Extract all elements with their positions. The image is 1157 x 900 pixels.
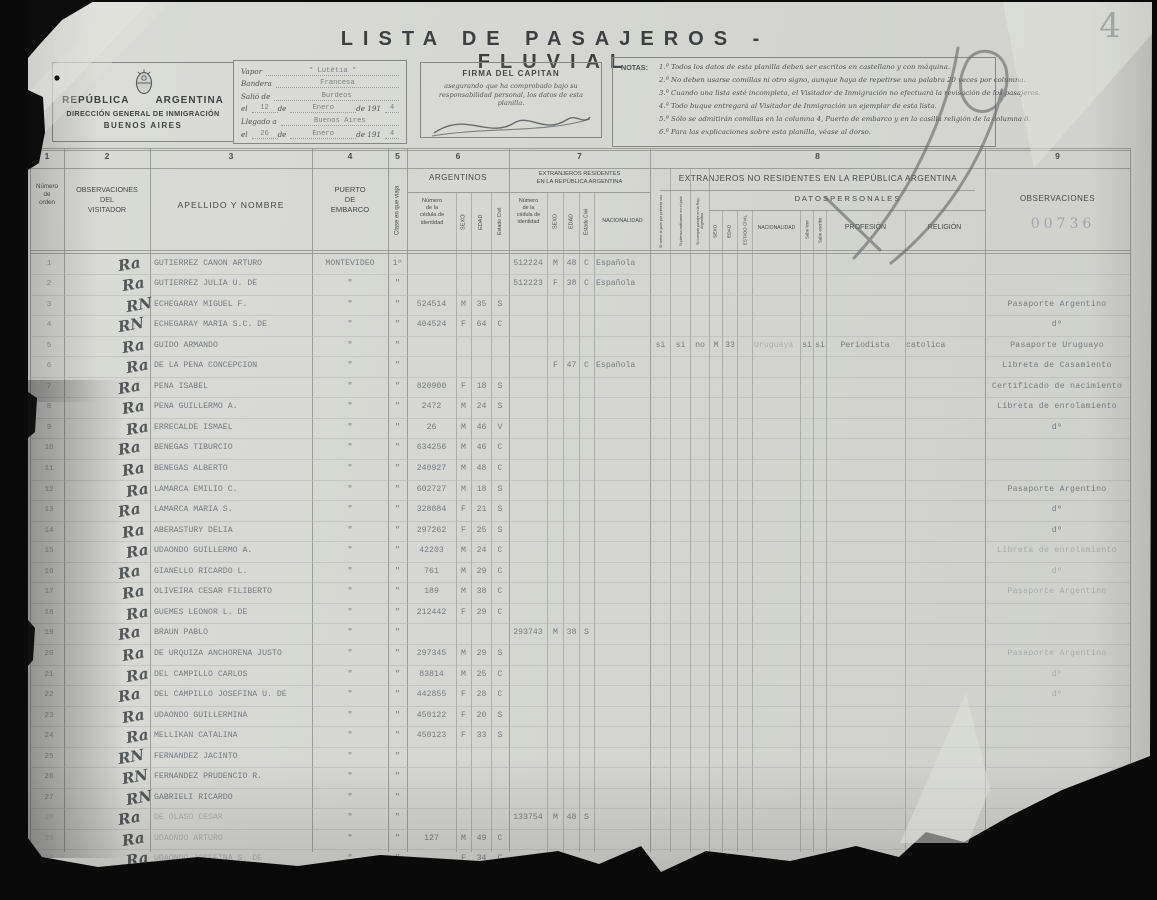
cell-puerto: ": [312, 438, 388, 458]
coat-of-arms-icon: [133, 69, 155, 95]
cell-ext2: 38: [564, 623, 579, 643]
cell-arg2: 18: [472, 480, 491, 500]
cell-arg1: F: [456, 685, 471, 705]
cell-arg2: 21: [472, 500, 491, 520]
cell-n: 7: [36, 377, 62, 397]
cell-obs: Libreta de Casamiento: [986, 356, 1128, 376]
cell-obs: Pasaporte Argentino: [986, 582, 1128, 602]
cell-clase: ": [388, 356, 407, 376]
vapor-value: " Lutétia ": [266, 67, 399, 76]
cell-arg1: F: [456, 500, 471, 520]
cell-arg0: 524514: [408, 295, 455, 315]
cell-obs: Pasaporte Argentino: [986, 480, 1128, 500]
cell-puerto: ": [312, 726, 388, 746]
de-label: de: [278, 130, 287, 139]
cell-arg1: M: [456, 829, 471, 849]
captain-signature: [426, 109, 596, 139]
column-number-3: 3: [150, 151, 312, 167]
cell-arg0: 602727: [408, 480, 455, 500]
vapor-label: Vapor: [241, 67, 262, 76]
cell-nr2: no: [691, 336, 709, 356]
cell-arg2: 64: [472, 315, 491, 335]
cell-nr3: M: [710, 336, 722, 356]
cell-puerto: ": [312, 829, 388, 849]
cell-arg3: C: [492, 849, 508, 869]
cell-arg2: 29: [472, 603, 491, 623]
grid-hline: [30, 150, 1130, 151]
cell-puerto: ": [312, 397, 388, 417]
cell-arg1: F: [456, 521, 471, 541]
cell-arg0: 2472: [408, 397, 455, 417]
cell-name: UDAONDO JOSEFINA S. DE: [154, 849, 314, 869]
header-argentinos: ARGENTINOS: [408, 173, 508, 182]
header-nr-estado-civil: ESTADO CIVIL: [738, 210, 752, 250]
cell-arg0: 127: [408, 829, 455, 849]
column-number-9: 9: [985, 151, 1130, 167]
cell-clase: ": [388, 377, 407, 397]
cell-obs: dº: [986, 685, 1128, 705]
cell-clase: ": [388, 582, 407, 602]
cell-nr6: Uruguaya: [754, 336, 800, 356]
cell-n: 20: [36, 644, 62, 664]
cell-n: 17: [36, 582, 62, 602]
cell-arg2: 28: [472, 685, 491, 705]
cell-arg0: 442855: [408, 685, 455, 705]
cell-arg2: 38: [472, 582, 491, 602]
table-row: 5RaGUIDO ARMANDO""sisinoM33UruguayasisiP…: [0, 336, 1157, 356]
org-direccion: DIRECCIÓN GENERAL DE INMIGRACIÓN: [53, 109, 233, 118]
cell-arg0: 450122: [408, 706, 455, 726]
cell-name: DE OLASO CESAR: [154, 808, 314, 828]
column-number-7: 7: [509, 151, 650, 167]
cell-ext3: S: [579, 623, 594, 643]
cell-arg0: 26: [408, 418, 455, 438]
cell-puerto: ": [312, 336, 388, 356]
cell-arg2: 24: [472, 541, 491, 561]
cell-ext3: S: [579, 808, 594, 828]
cell-arg3: C: [492, 315, 508, 335]
cell-arg1: F: [456, 849, 471, 869]
notes-label: NOTAS:: [621, 63, 648, 72]
cell-arg0: 450123: [408, 726, 455, 746]
cell-name: FERNANDEZ JACINTO: [154, 747, 314, 767]
cell-n: 15: [36, 541, 62, 561]
cell-arg3: S: [492, 397, 508, 417]
cell-arg2: 34: [472, 849, 491, 869]
cell-arg3: V: [492, 418, 508, 438]
header-res-cedula: Número de la cédula de identidad: [510, 198, 547, 226]
cell-clase: ": [388, 295, 407, 315]
cell-puerto: MONTEVIDEO: [312, 254, 388, 274]
cell-arg3: S: [492, 377, 508, 397]
cell-name: UDAONDO GUILLERMINA: [154, 706, 314, 726]
header-res-edad: EDAD: [564, 196, 579, 248]
passenger-list-sheet: LISTA DE PASAJEROS - FLUVIAL 4 REPÚBLICA…: [0, 0, 1157, 900]
salida-anio: 4: [385, 104, 399, 113]
table-row: 16RaGIANELLO RICARDO L.""761M29Cdº: [0, 562, 1157, 582]
note-item-2: 2.ª No deben usarse comillas ni otro sig…: [659, 74, 995, 87]
cell-puerto: ": [312, 356, 388, 376]
cell-name: GUTIERREZ JULIA U. DE: [154, 274, 314, 294]
note-item-5: 5.ª Sólo se admitirán comillas en la col…: [659, 113, 995, 126]
cell-arg3: C: [492, 438, 508, 458]
cell-puerto: ": [312, 500, 388, 520]
cell-puerto: ": [312, 644, 388, 664]
llegado-label: Llegado a: [241, 117, 277, 126]
cell-clase: ": [388, 397, 407, 417]
cell-n: 18: [36, 603, 62, 623]
cell-ext4: Española: [596, 274, 649, 294]
table-row: 13RaLAMARCA MARIA S.""328884F21Sdº: [0, 500, 1157, 520]
org-argentina: ARGENTINA: [155, 95, 223, 106]
note-item-6: 6.ª Para las explicaciones sobre esta pl…: [659, 126, 995, 139]
header-res-estado-civil: Estado Civil: [579, 194, 594, 249]
header-nr-religion: RELIGIÓN: [905, 224, 984, 231]
cell-name: BENEGAS TIBURCIO: [154, 438, 314, 458]
cell-name: DEL CAMPILLO CARLOS: [154, 665, 314, 685]
cell-clase: ": [388, 603, 407, 623]
cell-ext3: C: [579, 274, 594, 294]
cell-puerto: ": [312, 808, 388, 828]
cell-arg3: C: [492, 459, 508, 479]
cell-arg3: S: [492, 726, 508, 746]
cell-n: 1: [36, 254, 62, 274]
cell-puerto: ": [312, 274, 388, 294]
cell-obs: Pasaporte Argentino: [986, 295, 1128, 315]
captain-signature-box: FIRMA DEL CAPITAN asegurando que ha comp…: [420, 62, 602, 138]
column-number-5: 5: [388, 151, 407, 167]
cell-puerto: ": [312, 459, 388, 479]
header-nr-sabe-escribir: Sabe escribir: [814, 210, 826, 250]
cell-name: GUTIERREZ CANON ARTURO: [154, 254, 314, 274]
cell-ext2: 48: [564, 808, 579, 828]
cell-puerto: ": [312, 541, 388, 561]
cell-obs: de en: [986, 829, 1128, 849]
de191-label: de 191: [356, 130, 381, 139]
cell-clase: ": [388, 541, 407, 561]
cell-name: GUIDO ARMANDO: [154, 336, 314, 356]
cell-n: 13: [36, 500, 62, 520]
cell-name: MELLIKAN CATALINA: [154, 726, 314, 746]
cell-puerto: ": [312, 788, 388, 808]
cell-obs: Libreta de enrolamiento: [986, 541, 1128, 561]
cell-name: GABRIELI RICARDO: [154, 788, 314, 808]
cell-n: 5: [36, 336, 62, 356]
cell-clase: ": [388, 747, 407, 767]
llegada-mes: Enero: [290, 130, 356, 139]
column-number-1: 1: [30, 151, 64, 167]
salida-puerto: Burdeos: [274, 92, 399, 101]
cell-arg1: M: [456, 397, 471, 417]
cell-clase: ": [388, 438, 407, 458]
cell-ext1: M: [548, 254, 563, 274]
cell-puerto: ": [312, 623, 388, 643]
cell-obs: Pasaporte Uruguayo: [986, 336, 1128, 356]
cell-nr1: si: [671, 336, 690, 356]
cell-ext0: 512223: [509, 274, 547, 294]
cell-n: 25: [36, 747, 62, 767]
table-row: 22RaDEL CAMPILLO JOSEFINA U. DE""442855F…: [0, 685, 1157, 705]
cell-arg2: 29: [472, 562, 491, 582]
header-nr-radicarse: Si piensa radicarse en el país: [672, 192, 690, 250]
header-arg-edad: EDAD: [472, 196, 490, 248]
cell-arg3: C: [492, 562, 508, 582]
cell-obs: dº: [986, 562, 1128, 582]
column-number-4: 4: [312, 151, 388, 167]
cell-arg1: F: [456, 603, 471, 623]
cell-n: 14: [36, 521, 62, 541]
table-row: 27RNGABRIELI RICARDO"": [0, 788, 1157, 808]
grid-hline: [709, 210, 985, 211]
cell-ext3: C: [579, 254, 594, 274]
cell-obs: dº: [986, 500, 1128, 520]
cell-n: 24: [36, 726, 62, 746]
llegada-puerto: Buenos Aires: [281, 117, 399, 126]
cell-name: ECHEGARAY MIGUEL F.: [154, 295, 314, 315]
cell-n: 28: [36, 808, 62, 828]
table-row: 26RNFERNANDEZ PRUDENCIO R."": [0, 767, 1157, 787]
cell-puerto: ": [312, 521, 388, 541]
cell-n: 29: [36, 829, 62, 849]
cell-clase: ": [388, 665, 407, 685]
cell-clase: ": [388, 500, 407, 520]
grid-hline: [30, 168, 1130, 169]
cell-ext2: 48: [564, 254, 579, 274]
cell-arg3: C: [492, 685, 508, 705]
table-row: 4RNECHEGARAY MARIA S.C. DE""404524F64Cdº: [0, 315, 1157, 335]
table-row: 18RaGUEMES LEONOR L. DE""212442F29C: [0, 603, 1157, 623]
table-row: 30RaUDAONDO JOSEFINA S. DE""F34C: [0, 849, 1157, 869]
cell-arg2: 24: [472, 397, 491, 417]
cell-arg1: M: [456, 665, 471, 685]
grid-hline: [660, 190, 975, 191]
table-row: 11RaBENEGAS ALBERTO""240927M48C: [0, 459, 1157, 479]
cell-name: DE URQUIZA ANCHORENA JUSTO: [154, 644, 314, 664]
org-box: REPÚBLICA ARGENTINA DIRECCIÓN GENERAL DE…: [52, 62, 234, 142]
header-nr-edad: EDAD: [723, 212, 737, 250]
cell-name: DE LA PENA CONCEPCION: [154, 356, 314, 376]
salida-mes: Enero: [290, 104, 356, 113]
cell-n: 6: [36, 356, 62, 376]
cell-obs: dº: [986, 315, 1128, 335]
cell-name: PENA GUILLERMO A.: [154, 397, 314, 417]
cell-n: 22: [36, 685, 62, 705]
cell-clase: ": [388, 480, 407, 500]
cell-puerto: ": [312, 665, 388, 685]
salida-dia: 12: [252, 104, 278, 113]
grid-hline: [30, 870, 1130, 871]
cell-clase: ": [388, 644, 407, 664]
header-puerto-embarco: PUERTO DE EMBARCO: [314, 185, 386, 215]
cell-clase: ": [388, 418, 407, 438]
header-nr-pasaje: Si compró pasaje en la Rep. Argentina: [691, 192, 709, 250]
llegada-anio: 4: [385, 130, 399, 139]
de191-label: de 191: [356, 104, 381, 113]
cell-puerto: ": [312, 377, 388, 397]
grid-hline: [30, 148, 1130, 149]
cell-n: 2: [36, 274, 62, 294]
table-row: 14RaABERASTURY DELIA""297262F25Sdº: [0, 521, 1157, 541]
cell-nr8: si: [814, 336, 826, 356]
cell-ext1: M: [548, 808, 563, 828]
ship-info-box: Vapor" Lutétia " BanderaFrancesa Salió d…: [233, 60, 407, 144]
cell-puerto: ": [312, 747, 388, 767]
cell-arg0: 297345: [408, 644, 455, 664]
cell-arg3: C: [492, 541, 508, 561]
cell-arg0: 404524: [408, 315, 455, 335]
cell-name: ERRECALDE ISMAEL: [154, 418, 314, 438]
table-row: 21RaDEL CAMPILLO CARLOS""83814M25Cdº: [0, 665, 1157, 685]
cell-obs: Libreta de enrolamiento: [986, 397, 1128, 417]
header-res-nacionalidad: NACIONALIDAD: [595, 218, 650, 224]
table-row: 1RaGUTIERREZ CANON ARTUROMONTEVIDEO1ª512…: [0, 254, 1157, 274]
table-row: 10RaBENEGAS TIBURCIO""634256M46C: [0, 438, 1157, 458]
cell-arg1: M: [456, 459, 471, 479]
cell-arg2: 18: [472, 377, 491, 397]
cell-puerto: ": [312, 706, 388, 726]
cell-n: 4: [36, 315, 62, 335]
cell-arg3: C: [492, 665, 508, 685]
cell-n: 21: [36, 665, 62, 685]
cell-clase: ": [388, 726, 407, 746]
cell-name: ECHEGARAY MARIA S.C. DE: [154, 315, 314, 335]
cell-arg3: S: [492, 644, 508, 664]
cell-arg1: F: [456, 726, 471, 746]
cell-clase: ": [388, 767, 407, 787]
cell-puerto: ": [312, 603, 388, 623]
cell-n: 27: [36, 788, 62, 808]
cell-arg2: 49: [472, 829, 491, 849]
cell-ext1: F: [548, 356, 563, 376]
cell-obs: Certificado de nacimiento: [986, 377, 1128, 397]
notes-box: NOTAS: 1.ª Todos los datos de esta plani…: [612, 57, 996, 147]
cell-arg1: F: [456, 706, 471, 726]
cell-n: 26: [36, 767, 62, 787]
cell-arg2: 25: [472, 521, 491, 541]
cell-obs: dº: [986, 521, 1128, 541]
header-extranjeros-no-residentes: EXTRANJEROS NO RESIDENTES EN LA REPÚBLIC…: [652, 174, 984, 183]
header-extranjeros-residentes: EXTRANJEROS RESIDENTES EN LA REPÚBLICA A…: [510, 170, 649, 186]
cell-ext4: Española: [596, 356, 649, 376]
notes-list: 1.ª Todos los datos de esta planilla deb…: [659, 61, 995, 138]
cell-arg2: 48: [472, 459, 491, 479]
cell-arg1: M: [456, 582, 471, 602]
cell-arg0: 297262: [408, 521, 455, 541]
cell-arg2: 20: [472, 706, 491, 726]
cell-arg0: 212442: [408, 603, 455, 623]
note-item-3: 3.ª Cuando una lista esté incompleta, el…: [659, 87, 995, 100]
cell-ext2: 47: [564, 356, 579, 376]
cell-arg0: 83814: [408, 665, 455, 685]
cell-arg1: M: [456, 438, 471, 458]
cell-puerto: ": [312, 295, 388, 315]
stamp-number: 00736: [1008, 216, 1118, 232]
cell-ext2: 38: [564, 274, 579, 294]
cell-nr9: Periodista: [827, 336, 903, 356]
cell-arg1: M: [456, 418, 471, 438]
cell-clase: ": [388, 562, 407, 582]
table-row: 28RaDE OLASO CESAR""133754M48SLibreta de…: [0, 808, 1157, 828]
table-row: 9RaERRECALDE ISMAEL""26M46Vdº: [0, 418, 1157, 438]
cell-n: 3: [36, 295, 62, 315]
cell-puerto: ": [312, 582, 388, 602]
captain-box-text: asegurando que ha comprobado bajo su res…: [429, 82, 593, 108]
cell-ext0: 293743: [509, 623, 547, 643]
grid-hline: [407, 192, 650, 193]
cell-name: DEL CAMPILLO JOSEFINA U. DE: [154, 685, 314, 705]
table-row: 12RaLAMARCA EMILIO C.""602727M18SPasapor…: [0, 480, 1157, 500]
cell-name: GUEMES LEONOR L. DE: [154, 603, 314, 623]
cell-n: 30: [36, 849, 62, 869]
column-number-2: 2: [64, 151, 150, 167]
cell-arg2: 29: [472, 644, 491, 664]
cell-arg0: 820900: [408, 377, 455, 397]
cell-clase: ": [388, 788, 407, 808]
el-label: el: [241, 104, 248, 113]
table-row: 20RaDE URQUIZA ANCHORENA JUSTO""297345M2…: [0, 644, 1157, 664]
cell-n: 19: [36, 623, 62, 643]
header-apellido-nombre: APELLIDO Y NOMBRE: [152, 200, 310, 210]
cell-arg0: 634256: [408, 438, 455, 458]
table-row: 17RaOLIVEIRA CESAR FILIBERTO""189M38CPas…: [0, 582, 1157, 602]
table-row: 7RaPENA ISABEL""820900F18SCertificado de…: [0, 377, 1157, 397]
cell-arg3: C: [492, 603, 508, 623]
cell-nr7: si: [801, 336, 813, 356]
table-row: 25RNFERNANDEZ JACINTO"": [0, 747, 1157, 767]
cell-ext0: 133754: [509, 808, 547, 828]
cell-arg2: 46: [472, 418, 491, 438]
cell-arg3: S: [492, 480, 508, 500]
cell-ext1: F: [548, 274, 563, 294]
cell-arg0: 328884: [408, 500, 455, 520]
cell-arg2: 35: [472, 295, 491, 315]
header-arg-cedula: Número de la cédula de identidad: [409, 198, 455, 227]
cell-arg2: 46: [472, 438, 491, 458]
cell-arg3: C: [492, 829, 508, 849]
cell-n: 8: [36, 397, 62, 417]
header-nr-nacionalidad: NACIONALIDAD: [753, 225, 800, 231]
cell-arg3: S: [492, 295, 508, 315]
cell-ext1: M: [548, 623, 563, 643]
header-nr-primera-vez: Si viene al país por primera vez: [652, 192, 670, 250]
page-number: 4: [1080, 6, 1140, 46]
cell-n: 16: [36, 562, 62, 582]
captain-box-title: FIRMA DEL CAPITAN: [421, 69, 601, 78]
org-republica: REPÚBLICA: [62, 95, 129, 106]
cell-name: ABERASTURY DELIA: [154, 521, 314, 541]
cell-name: OLIVEIRA CESAR FILIBERTO: [154, 582, 314, 602]
header-observaciones: OBSERVACIONES: [986, 194, 1129, 203]
cell-obs: dº: [986, 665, 1128, 685]
cell-clase: ": [388, 521, 407, 541]
table-row: 19RaBRAUN PABLO""293743M38S: [0, 623, 1157, 643]
cell-name: GIANELLO RICARDO L.: [154, 562, 314, 582]
header-nr-profesion: PROFESIÓN: [827, 224, 904, 231]
cell-puerto: ": [312, 480, 388, 500]
cell-clase: ": [388, 685, 407, 705]
bandera-label: Bandera: [241, 79, 272, 88]
cell-arg3: S: [492, 521, 508, 541]
cell-n: 23: [36, 706, 62, 726]
cell-obs: Libreta de enrola: [986, 808, 1128, 828]
header-nr-sabe-leer: Sabe leer: [801, 210, 813, 250]
cell-arg1: M: [456, 295, 471, 315]
table-row: 6RaDE LA PENA CONCEPCION""F47CEspañolaLi…: [0, 356, 1157, 376]
cell-puerto: ": [312, 849, 388, 869]
cell-name: BRAUN PABLO: [154, 623, 314, 643]
cell-puerto: ": [312, 562, 388, 582]
cell-clase: ": [388, 706, 407, 726]
